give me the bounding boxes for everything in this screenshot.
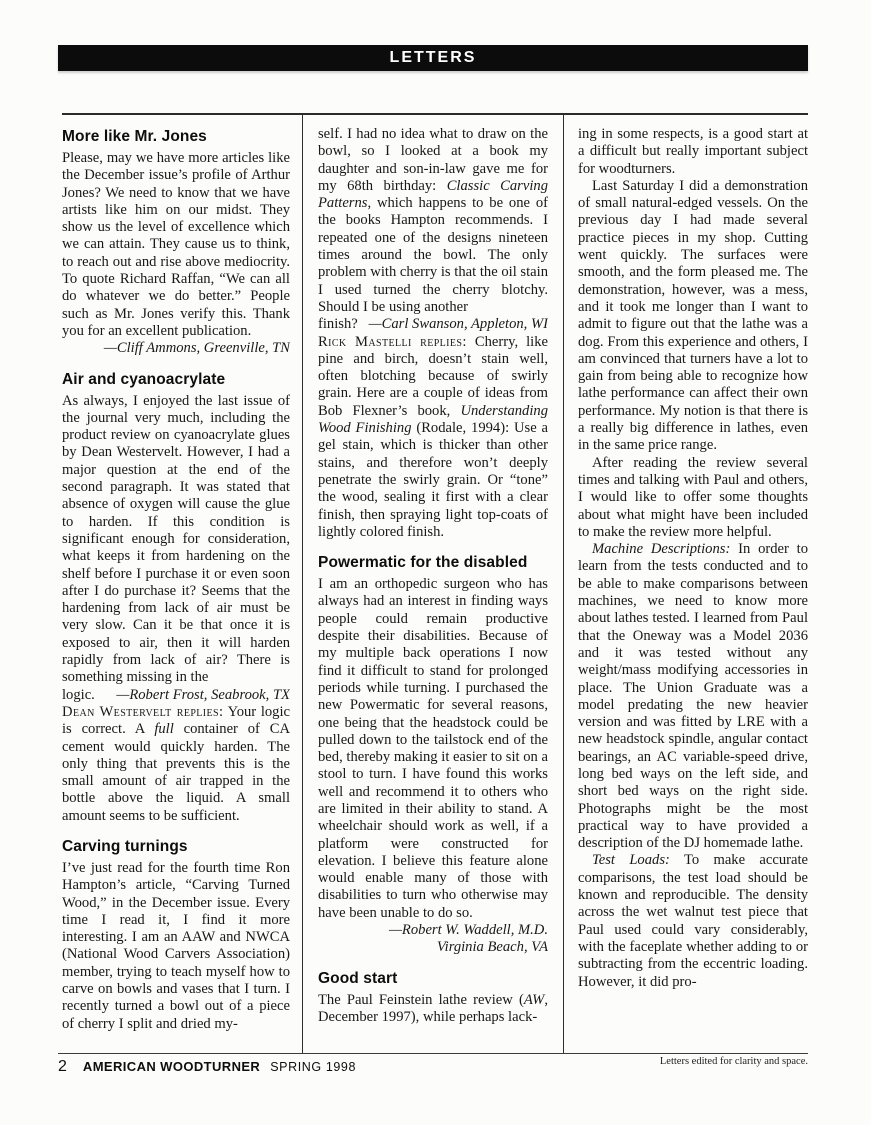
letter-signature-line: finish? —Carl Swanson, Appleton, WI [318, 316, 548, 333]
letter-signature: —Robert Frost, Seabrook, TX [116, 687, 290, 704]
reply-lead: Dean Westervelt replies: [62, 704, 223, 720]
editor-reply: Dean Westervelt replies: Your logic is c… [62, 704, 290, 825]
column-1: More like Mr. Jones Please, may we have … [62, 126, 290, 1053]
letter-heading: Air and cyanoacrylate [62, 371, 290, 389]
letters-header-bar: LETTERS [58, 45, 808, 71]
letter-signature: —Cliff Ammons, Greenville, TN [62, 340, 290, 357]
italic-word: full [154, 721, 173, 737]
letter-signature: —Robert W. Waddell, M.D. [318, 922, 548, 939]
column-3: ing in some respects, is a good start at… [578, 126, 808, 1053]
letter-paragraph: Please, may we have more articles like t… [62, 150, 290, 340]
letter-paragraph: The Paul Feinstein lathe review (AW, Dec… [318, 992, 548, 1027]
letter-last-word: logic. [62, 687, 95, 704]
italic-lead: Machine Descriptions: [592, 541, 730, 557]
letter-paragraph: Machine Descriptions: In order to learn … [578, 541, 808, 852]
letter-paragraph: ing in some respects, is a good start at… [578, 126, 808, 178]
column-divider [302, 115, 303, 1053]
magazine-page: LETTERS More like Mr. Jones Please, may … [0, 0, 871, 1125]
letter-heading: More like Mr. Jones [62, 128, 290, 146]
letter-paragraph: I’ve just read for the fourth time Ron H… [62, 860, 290, 1033]
issue-name: SPRING 1998 [270, 1060, 356, 1074]
letter-heading: Good start [318, 970, 548, 988]
letter-paragraph: I am an orthopedic surgeon who has alway… [318, 576, 548, 922]
letter-last-word: finish? [318, 316, 358, 333]
footer-rule [58, 1053, 808, 1054]
letter-signature: —Carl Swanson, Appleton, WI [369, 316, 548, 333]
reply-text: (Rodale, 1994): Use a gel stain, which i… [318, 420, 548, 540]
letter-text: , which happens to be one of the books H… [318, 195, 548, 315]
page-number: 2 [58, 1058, 67, 1076]
letter-paragraph: self. I had no idea what to draw on the … [318, 126, 548, 316]
editor-reply: Rick Mastelli replies: Cherry, like pine… [318, 334, 548, 542]
letter-heading: Carving turnings [62, 838, 290, 856]
letter-paragraph: After reading the review several times a… [578, 455, 808, 541]
letter-heading: Powermatic for the disabled [318, 554, 548, 572]
italic-magazine-abbrev: AW [524, 992, 545, 1008]
reply-lead: Rick Mastelli replies: [318, 334, 467, 350]
footer-left: 2 AMERICAN WOODTURNER SPRING 1998 [58, 1058, 356, 1076]
letter-paragraph: Test Loads: To make accurate comparisons… [578, 852, 808, 990]
column-2: self. I had no idea what to draw on the … [318, 126, 548, 1053]
page-title: LETTERS [390, 49, 477, 67]
letter-text: To make accurate comparisons, the test l… [578, 852, 808, 989]
letter-signature-location: Virginia Beach, VA [318, 939, 548, 956]
editorial-note: Letters edited for clarity and space. [660, 1056, 808, 1067]
letter-text: The Paul Feinstein lathe review ( [318, 992, 524, 1008]
magazine-name: AMERICAN WOODTURNER [83, 1059, 260, 1074]
letter-paragraph: As always, I enjoyed the last issue of t… [62, 393, 290, 687]
column-divider [563, 115, 564, 1053]
italic-lead: Test Loads: [592, 852, 670, 868]
letter-signature-line: logic. —Robert Frost, Seabrook, TX [62, 687, 290, 704]
letter-text: In order to learn from the tests conduct… [578, 541, 808, 851]
letter-paragraph: Last Saturday I did a demonstration of s… [578, 178, 808, 455]
top-rule [62, 113, 808, 115]
